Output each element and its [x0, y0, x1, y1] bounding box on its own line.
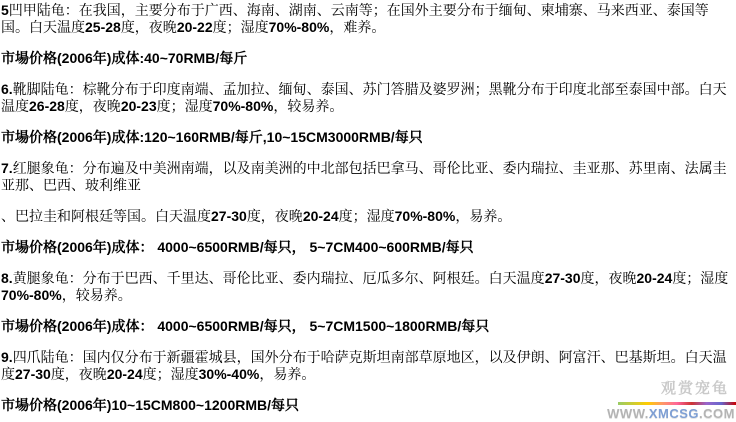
watermark-url: WWW.XMCSG.COM	[607, 406, 735, 421]
price-line-8: 市場价格(2006年)成体： 4000~6500RMB/每只， 5~7CM150…	[1, 318, 735, 335]
document-page: 5凹甲陆龟：在我国，主要分布于广西、海南、湖南、云南等；在国外主要分布于缅甸、柬…	[0, 0, 736, 422]
species-paragraph-7: 7.红腿象龟：分布遍及中美洲南端，以及南美洲的中北部包括巴拿马、哥伦比亚、委内瑞…	[1, 160, 735, 194]
watermark-url-prefix: WWW.	[607, 406, 649, 421]
site-watermark: 观赏宠龟 WWW.XMCSG.COM	[616, 376, 736, 422]
watermark-url-suffix: .COM	[699, 406, 735, 421]
species-paragraph-8: 8.黄腿象龟：分布于巴西、千里达、哥伦比亚、委内瑞拉、厄瓜多尔、阿根廷。白天温度…	[1, 270, 735, 304]
species-paragraph-7-continued: 、巴拉圭和阿根廷等国。白天温度27-30度，夜晚20-24度；湿度70%-80%…	[1, 208, 735, 225]
species-paragraph-5: 5凹甲陆龟：在我国，主要分布于广西、海南、湖南、云南等；在国外主要分布于缅甸、柬…	[1, 2, 735, 36]
watermark-url-site: XMCSG	[649, 406, 699, 421]
price-line-7: 市場价格(2006年)成体： 4000~6500RMB/每只， 5~7CM400…	[1, 239, 735, 256]
rainbow-stripe-icon	[618, 402, 736, 405]
text-content: 5凹甲陆龟：在我国，主要分布于广西、海南、湖南、云南等；在国外主要分布于缅甸、柬…	[0, 0, 736, 422]
price-line-6: 市場价格(2006年)成体:120~160RMB/每斤,10~15CM3000R…	[1, 129, 735, 146]
species-paragraph-6: 6.靴脚陆龟：棕靴分布于印度南端、孟加拉、缅甸、泰国、苏门答腊及婆罗洲；黑靴分布…	[1, 81, 735, 115]
price-line-5: 市場价格(2006年)成体:40~70RMB/每斤	[1, 50, 735, 67]
watermark-title: 观赏宠龟	[661, 377, 729, 398]
